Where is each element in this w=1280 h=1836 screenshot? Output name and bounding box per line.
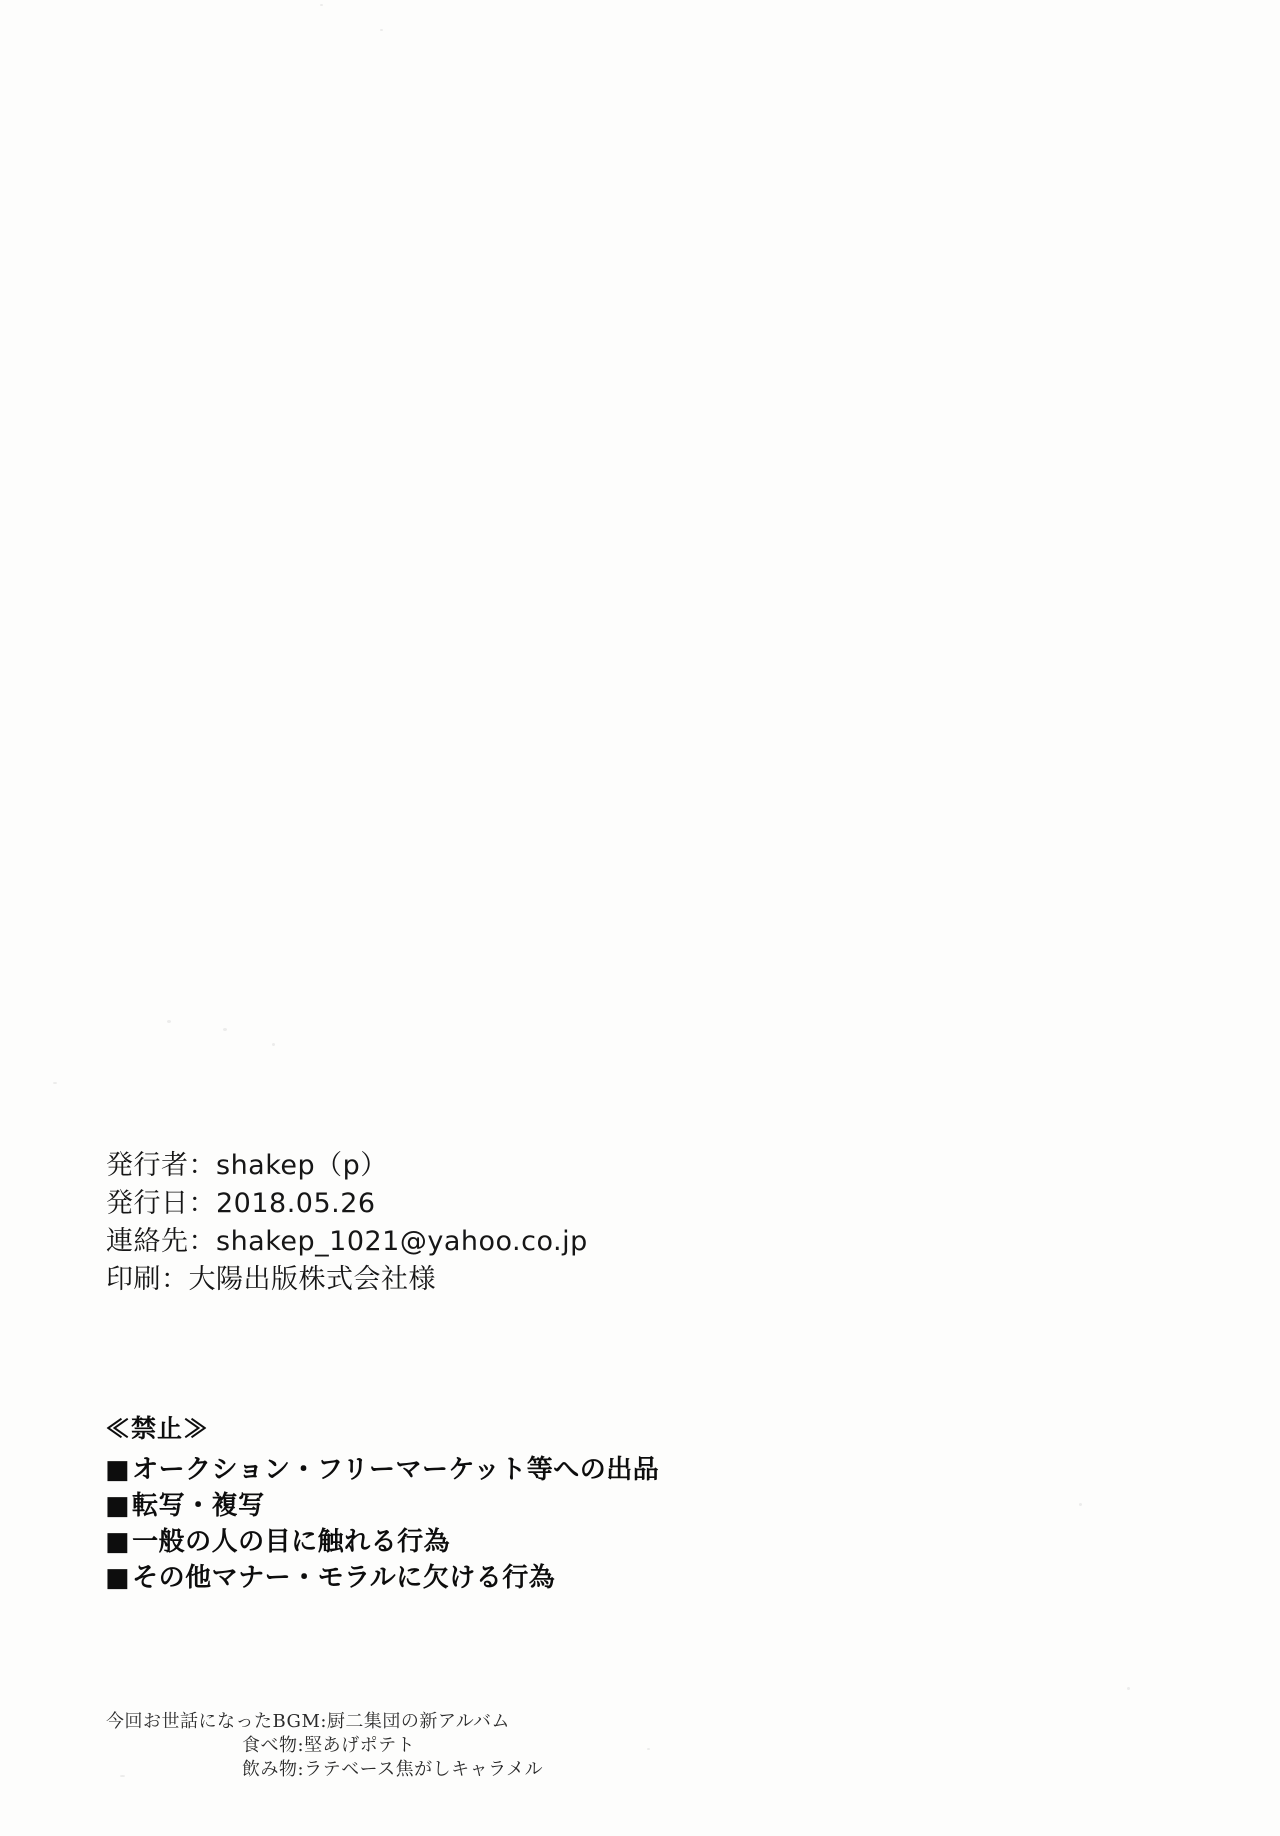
square-bullet-icon: ■ <box>105 1452 130 1488</box>
scan-noise-speck <box>1127 1687 1130 1690</box>
drink-note-line: 飲み物:ラテベース焦がしキャラメル <box>242 1758 543 1782</box>
square-bullet-icon: ■ <box>105 1488 130 1524</box>
bgm-note-line: 今回お世話になったBGM:厨二集団の新アルバム <box>106 1710 543 1734</box>
food-note-line: 食べ物:堅あげポテト <box>242 1734 543 1758</box>
prohibitions-block: ≪禁止≫ ■オークション・フリーマーケット等への出品 ■転写・複写 ■一般の人の… <box>105 1414 659 1596</box>
square-bullet-icon: ■ <box>105 1524 130 1560</box>
scan-noise-speck <box>1079 1503 1082 1506</box>
prohibitions-header: ≪禁止≫ <box>105 1414 659 1444</box>
acknowledgements-block: 今回お世話になったBGM:厨二集団の新アルバム 食べ物:堅あげポテト 飲み物:ラ… <box>106 1710 543 1782</box>
scan-noise-speck <box>120 1775 125 1777</box>
scan-noise-speck <box>272 1043 275 1046</box>
prohibited-item-label: 一般の人の目に触れる行為 <box>132 1527 450 1557</box>
square-bullet-icon: ■ <box>105 1560 130 1596</box>
prohibited-item-label: 転写・複写 <box>132 1491 265 1521</box>
printer-line: 印刷：大陽出版株式会社様 <box>106 1261 588 1299</box>
prohibited-item: ■オークション・フリーマーケット等への出品 <box>105 1452 659 1488</box>
scan-noise-speck <box>380 29 383 31</box>
scan-noise-speck <box>223 1028 227 1031</box>
publisher-line: 発行者：shakep（p） <box>106 1147 588 1185</box>
scan-noise-speck <box>320 4 323 6</box>
prohibited-item: ■転写・複写 <box>105 1488 659 1524</box>
prohibited-item: ■一般の人の目に触れる行為 <box>105 1524 659 1560</box>
scan-noise-speck <box>167 1020 171 1023</box>
prohibited-item-label: オークション・フリーマーケット等への出品 <box>132 1455 659 1485</box>
scanned-colophon-page: 発行者：shakep（p） 発行日：2018.05.26 連絡先：shakep_… <box>0 0 1280 1836</box>
publisher-info-block: 発行者：shakep（p） 発行日：2018.05.26 連絡先：shakep_… <box>106 1147 588 1299</box>
scan-noise-speck <box>53 1082 57 1084</box>
prohibited-item-label: その他マナー・モラルに欠ける行為 <box>132 1563 555 1593</box>
scan-noise-speck <box>647 1748 650 1750</box>
prohibited-item: ■その他マナー・モラルに欠ける行為 <box>105 1560 659 1596</box>
publish-date-line: 発行日：2018.05.26 <box>106 1185 588 1223</box>
contact-email-line: 連絡先：shakep_1021@yahoo.co.jp <box>106 1223 588 1261</box>
